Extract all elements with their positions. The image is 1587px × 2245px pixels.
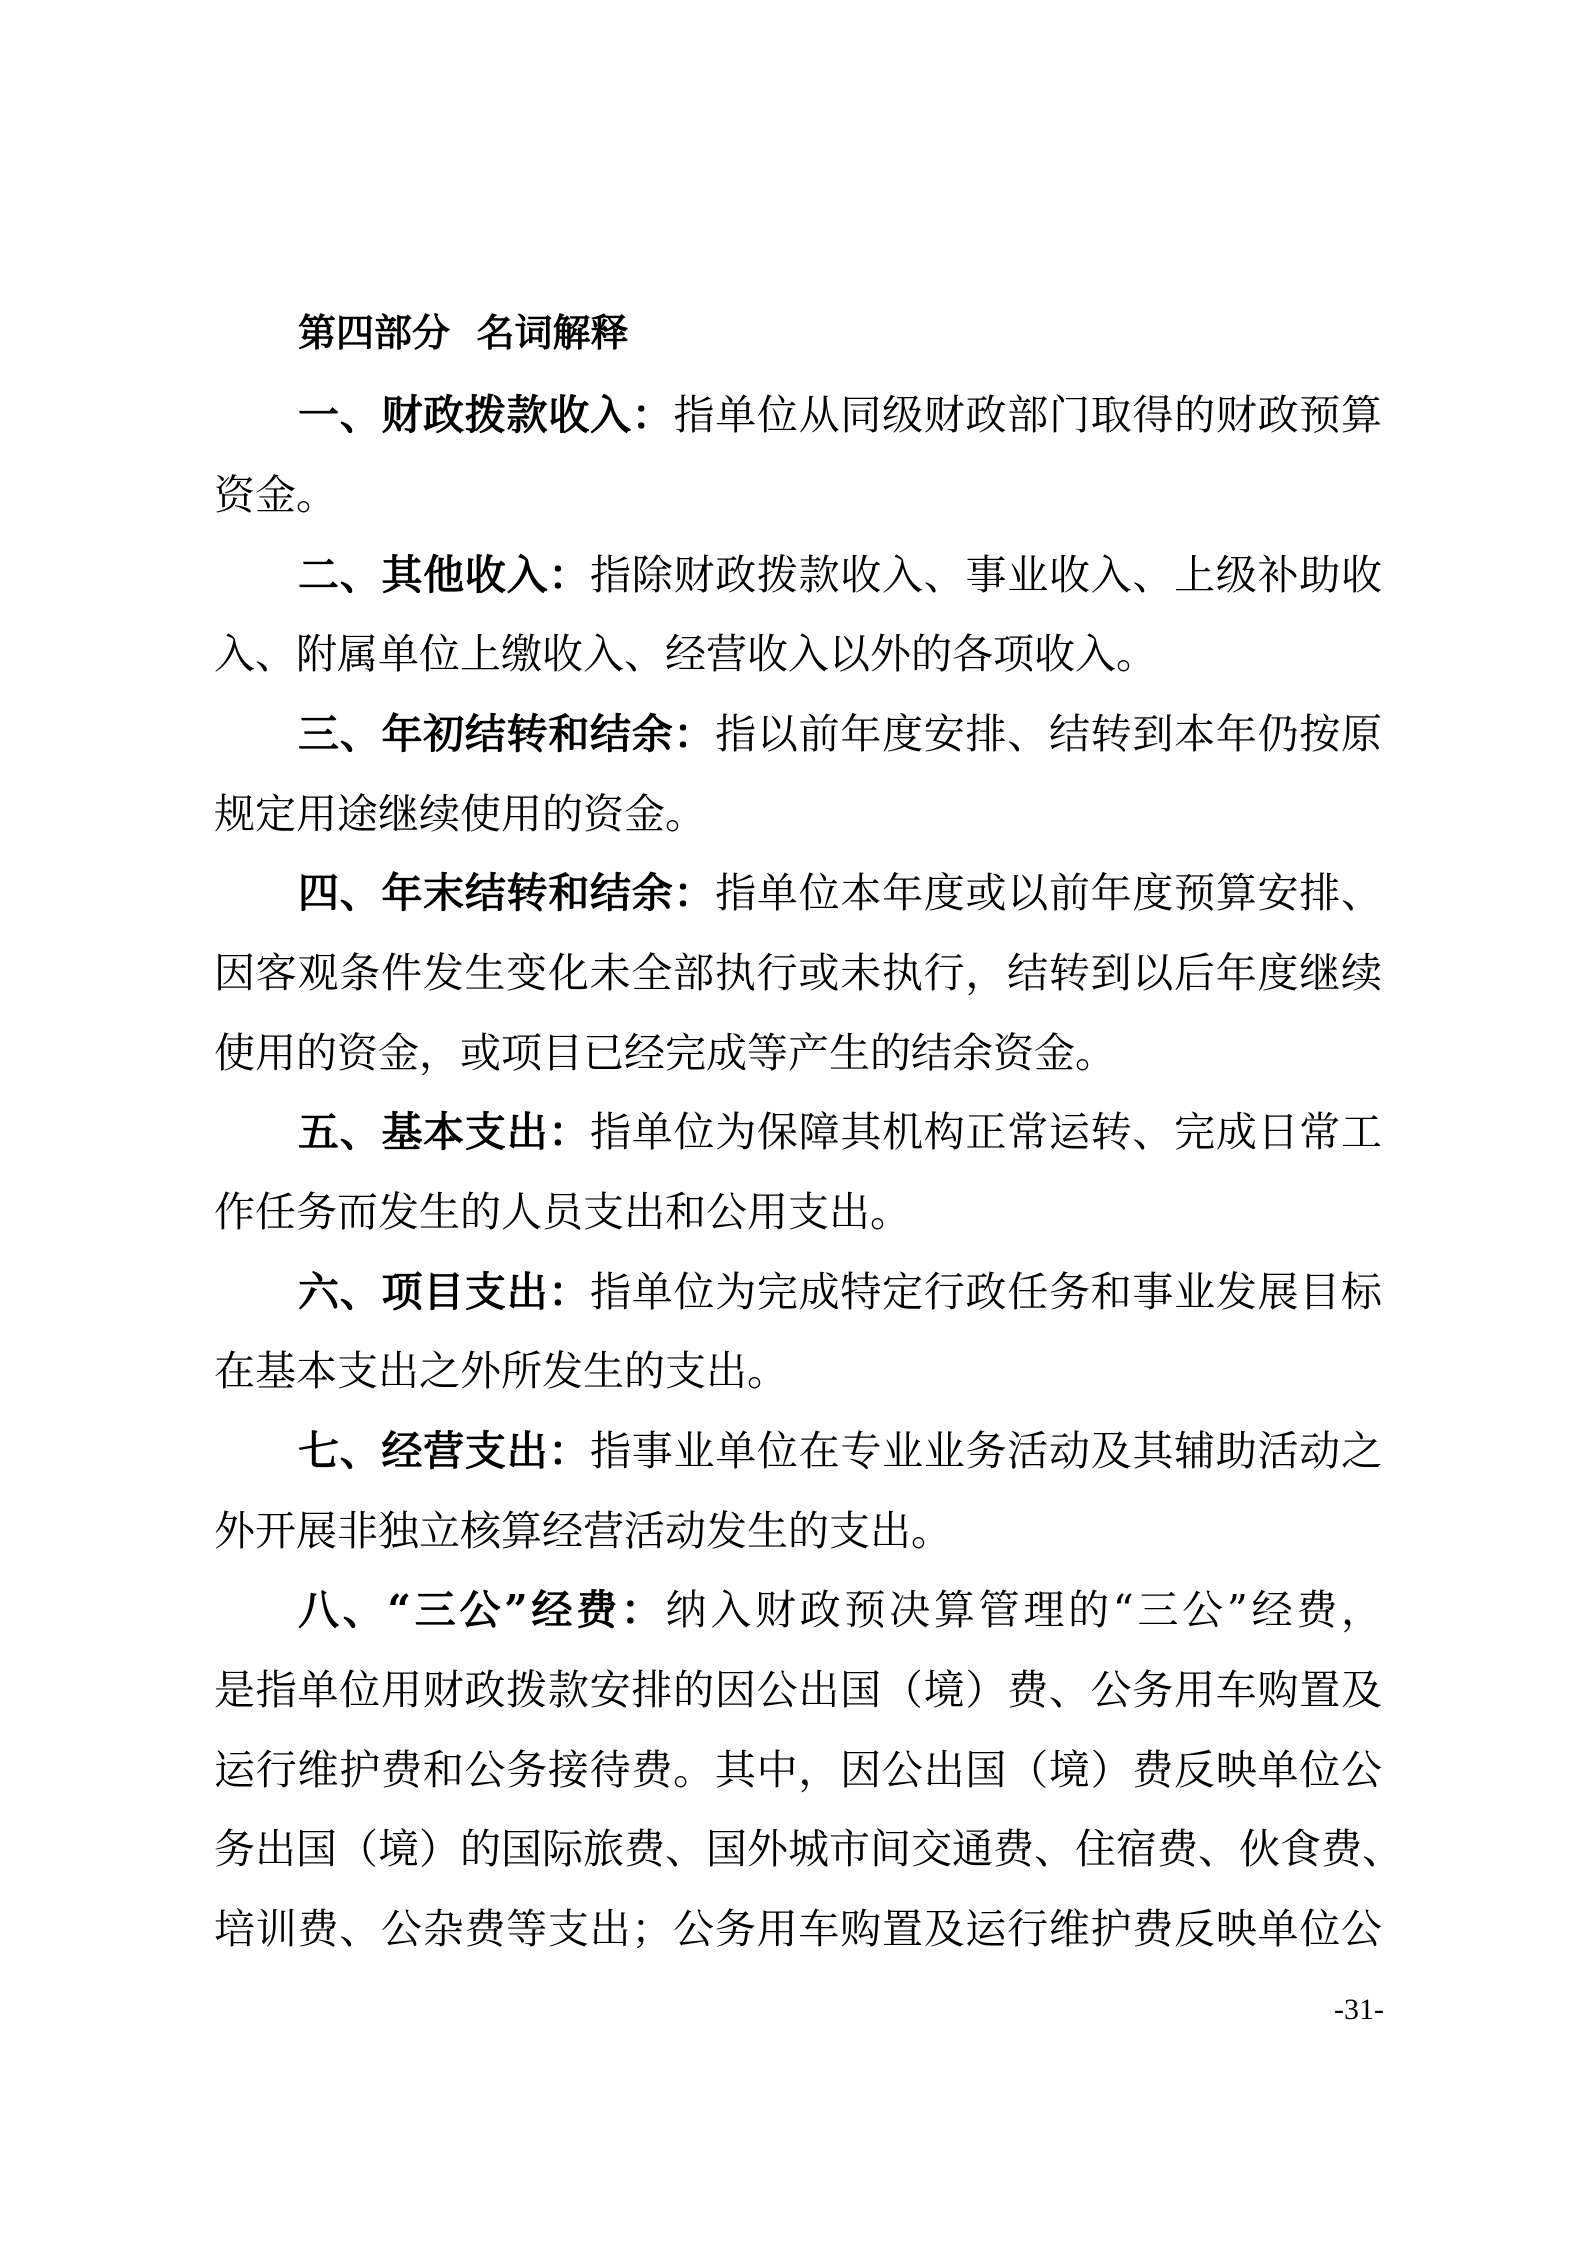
- section-6-line-2: 在基本支出之外所发生的支出。: [214, 1346, 1382, 1396]
- section-1-line-2: 资金。: [214, 470, 1382, 520]
- section-4-line-1: 四、年末结转和结余：指单位本年度或以前年度预算安排、: [298, 868, 1382, 918]
- section-8-line-1: 八、“三公”经费：纳入财政预决算管理的“三公”经费，: [298, 1585, 1382, 1635]
- section-2-definition: 指除财政拨款收入、事业收入、上级补助收: [590, 551, 1382, 599]
- section-6-definition: 指单位为完成特定行政任务和事业发展目标: [590, 1268, 1382, 1316]
- section-3-line-2: 规定用途继续使用的资金。: [214, 789, 1382, 839]
- page-number: -31-: [1300, 1990, 1384, 2030]
- section-8-line-3: 运行维护费和公务接待费。其中，因公出国（境）费反映单位公: [214, 1745, 1382, 1795]
- section-5-term: 五、基本支出：: [298, 1108, 590, 1156]
- section-4-line-2: 因客观条件发生变化未全部执行或未执行，结转到以后年度继续: [214, 948, 1382, 998]
- section-4-term: 四、年末结转和结余：: [298, 869, 715, 917]
- section-5-definition: 指单位为保障其机构正常运转、完成日常工: [590, 1108, 1382, 1156]
- document-page: 第四部分 名词解释 一、财政拨款收入：指单位从同级财政部门取得的财政预算 资金。…: [0, 0, 1587, 2245]
- section-1-definition: 指单位从同级财政部门取得的财政预算: [673, 391, 1382, 439]
- page-title: 第四部分 名词解释: [298, 308, 628, 358]
- section-8-line-4: 务出国（境）的国际旅费、国外城市间交通费、住宿费、伙食费、: [214, 1824, 1382, 1874]
- section-1-line-1: 一、财政拨款收入：指单位从同级财政部门取得的财政预算: [298, 390, 1382, 440]
- section-5-line-1: 五、基本支出：指单位为保障其机构正常运转、完成日常工: [298, 1107, 1382, 1157]
- section-7-line-2: 外开展非独立核算经营活动发生的支出。: [214, 1506, 1382, 1556]
- section-4-definition: 指单位本年度或以前年度预算安排、: [715, 869, 1382, 917]
- section-6-line-1: 六、项目支出：指单位为完成特定行政任务和事业发展目标: [298, 1267, 1382, 1317]
- section-7-line-1: 七、经营支出：指事业单位在专业业务活动及其辅助活动之: [298, 1426, 1382, 1476]
- section-3-definition: 指以前年度安排、结转到本年仍按原: [715, 710, 1382, 758]
- section-8-line-2: 是指单位用财政拨款安排的因公出国（境）费、公务用车购置及: [214, 1665, 1382, 1715]
- section-7-definition: 指事业单位在专业业务活动及其辅助活动之: [590, 1427, 1382, 1475]
- section-8-term: 八、“三公”经费：: [298, 1586, 666, 1634]
- section-2-line-2: 入、附属单位上缴收入、经营收入以外的各项收入。: [214, 629, 1382, 679]
- section-1-term: 一、财政拨款收入：: [298, 391, 673, 439]
- section-5-line-2: 作任务而发生的人员支出和公用支出。: [214, 1187, 1382, 1237]
- section-8-definition: 纳入财政预决算管理的“三公”经费，: [666, 1586, 1382, 1634]
- section-2-line-1: 二、其他收入：指除财政拨款收入、事业收入、上级补助收: [298, 550, 1382, 600]
- section-3-line-1: 三、年初结转和结余：指以前年度安排、结转到本年仍按原: [298, 709, 1382, 759]
- section-6-term: 六、项目支出：: [298, 1268, 590, 1316]
- section-4-line-3: 使用的资金，或项目已经完成等产生的结余资金。: [214, 1028, 1382, 1078]
- section-8-line-5: 培训费、公杂费等支出；公务用车购置及运行维护费反映单位公: [214, 1904, 1382, 1954]
- section-2-term: 二、其他收入：: [298, 551, 590, 599]
- section-7-term: 七、经营支出：: [298, 1427, 590, 1475]
- section-3-term: 三、年初结转和结余：: [298, 710, 715, 758]
